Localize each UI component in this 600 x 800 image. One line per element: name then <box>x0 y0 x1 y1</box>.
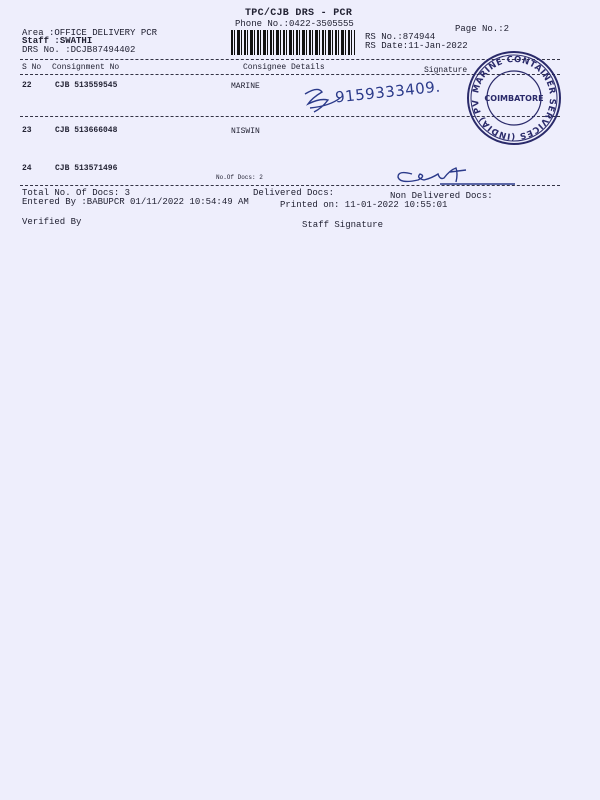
stamp-center-text: COIMBATORE <box>484 94 543 103</box>
no-of-docs: No.Of Docs: 2 <box>216 174 263 181</box>
barcode <box>231 30 355 55</box>
rs-date: RS Date:11-Jan-2022 <box>365 41 468 51</box>
delivered-docs: Delivered Docs: <box>253 188 334 198</box>
entered-by: Entered By :BABUPCR 01/11/2022 10:54:49 … <box>22 197 249 207</box>
row-consignment: CJB 513666048 <box>55 126 117 135</box>
document-title: TPC/CJB DRS - PCR <box>245 8 352 19</box>
drs-number: DRS No. :DCJB87494402 <box>22 45 135 55</box>
drs-document-page: TPC/CJB DRS - PCR Phone No.:0422-3505555… <box>0 0 600 800</box>
divider <box>20 185 560 186</box>
staff-signature: Staff Signature <box>302 220 383 230</box>
row-sno: 22 <box>22 81 32 90</box>
col-header-consignment: Consignment No <box>52 63 119 72</box>
company-stamp: MARINE CONTAINER SERVICES (INDIA) PVT. L… <box>466 50 562 146</box>
row-consignment: CJB 513571496 <box>55 164 117 173</box>
row-consignment: CJB 513559545 <box>55 81 117 90</box>
printed-on: Printed on: 11-01-2022 10:55:01 <box>280 200 447 210</box>
page-number: Page No.:2 <box>455 24 509 34</box>
row-consignee: NISWIN <box>231 127 260 136</box>
row-sno: 23 <box>22 126 32 135</box>
col-header-consignee: Consignee Details <box>243 63 325 72</box>
row-consignee: MARINE <box>231 82 260 91</box>
row-sno: 24 <box>22 164 32 173</box>
col-header-sno: S No <box>22 63 41 72</box>
phone-number: Phone No.:0422-3505555 <box>235 19 354 29</box>
verified-by: Verified By <box>22 217 81 227</box>
